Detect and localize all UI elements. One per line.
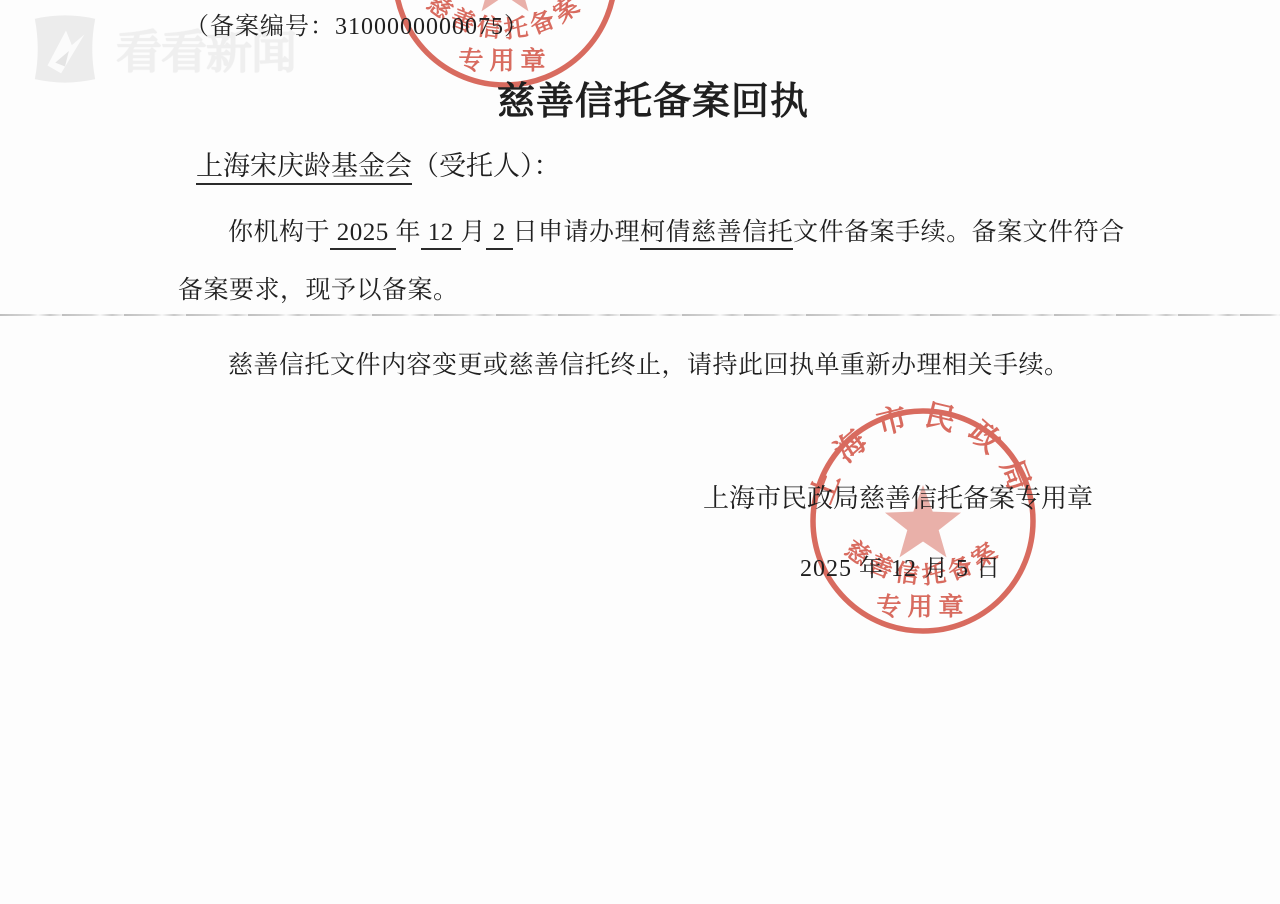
p1-year-label: 年	[396, 219, 422, 246]
paragraph1-line1: 你机构于 2025 年 12 月 2 日申请办理柯倩慈善信托文件备案手续。备案文…	[228, 212, 1125, 248]
p1-apply-text: 日申请办理	[513, 219, 641, 246]
trustee-name: 上海宋庆龄基金会	[196, 151, 412, 185]
p1-year-value: 2025	[330, 219, 396, 250]
p1-intro: 你机构于	[228, 219, 330, 246]
charity-trust-filing-seal-bottom: 上海市民政局 慈善信托备案 专用章	[803, 401, 1043, 641]
seal-type-text: 专用章	[876, 592, 969, 621]
p1-month-label: 月	[461, 219, 487, 246]
p1-month-value: 12	[421, 219, 461, 250]
kankan-news-logo-icon	[26, 12, 104, 86]
paragraph2: 慈善信托文件内容变更或慈善信托终止，请持此回执单重新办理相关手续。	[228, 345, 1070, 381]
p1-tail-text: 文件备案手续。备案文件符合	[793, 219, 1125, 246]
paragraph1-line2: 备案要求，现予以备案。	[178, 270, 459, 306]
document-title: 慈善信托备案回执	[497, 70, 809, 125]
salutation-suffix: （受托人）：	[412, 151, 561, 181]
scanned-document-page: 看看新闻 上海市民政局 慈善信托备案 专用章 上	[0, 0, 1280, 904]
salutation-line: 上海宋庆龄基金会（受托人）：	[196, 144, 561, 183]
p1-day-value: 2	[486, 219, 513, 250]
date-line: 2025 年 12 月 5 日	[800, 548, 1001, 583]
scan-artifact-line	[0, 314, 1280, 316]
filing-number: （备案编号：3100000000075）	[185, 6, 529, 41]
p1-trust-name: 柯倩慈善信托	[640, 219, 793, 250]
signature-line: 上海市民政局慈善信托备案专用章	[703, 478, 1093, 515]
